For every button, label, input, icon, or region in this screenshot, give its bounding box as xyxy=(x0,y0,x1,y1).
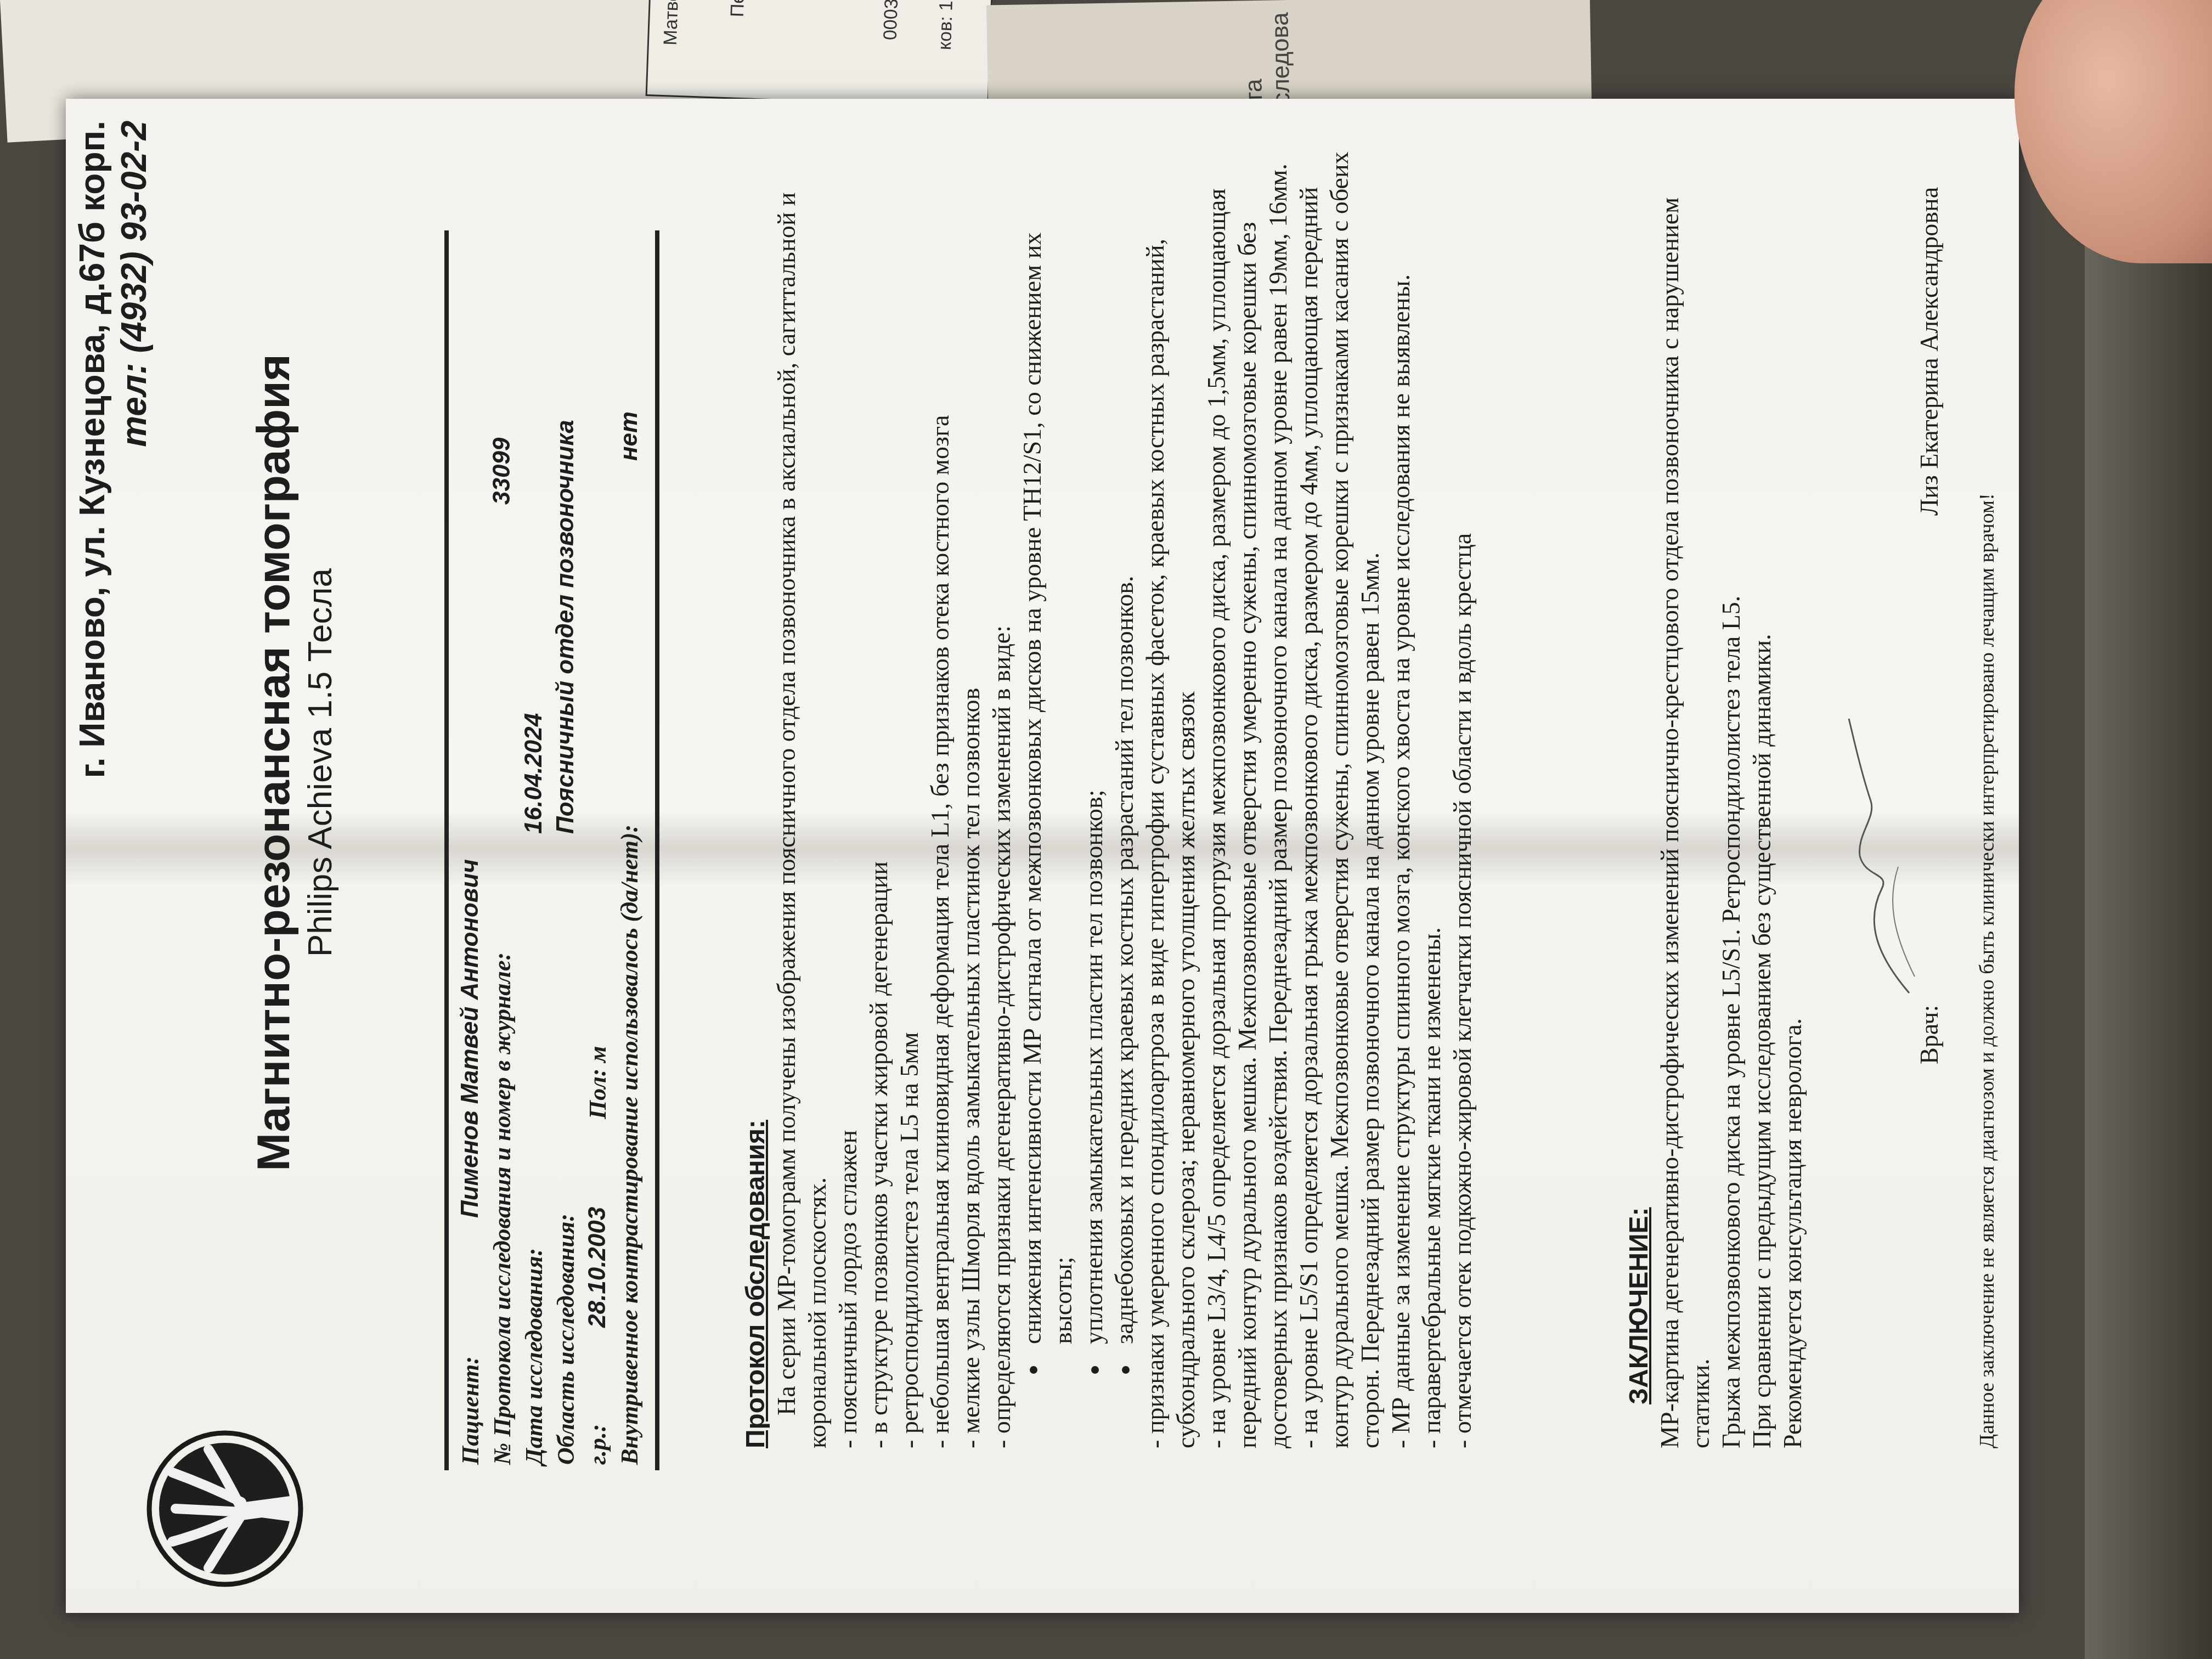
protocol-heading: Протокол обследования: xyxy=(741,143,771,1448)
disclaimer: Данное заключение не является диагнозом … xyxy=(1975,493,1999,1448)
doctor-label: Врач: xyxy=(1915,1005,1944,1064)
sub-bullet-item: снижения интенсивности МР сигнала от меж… xyxy=(1017,143,1079,1355)
protocol-number-row: № Протокола исследования и номер в журна… xyxy=(488,230,520,1470)
conclusion-line: При сравнении с предыдущим исследованием… xyxy=(1747,143,1778,1448)
birth-date-label: г.р.: xyxy=(584,1424,612,1465)
patient-label: Пациент: xyxy=(456,1356,484,1465)
sub-bullet-item: уплотнения замыкательных пластин тел поз… xyxy=(1079,143,1109,1355)
clinic-tree-logo-icon xyxy=(143,1426,307,1591)
finding-item: - мелкие узлы Шморля вдоль замыкательных… xyxy=(956,143,986,1448)
conclusion-line: Грыжа межпозвонкового диска на уровне L5… xyxy=(1716,143,1747,1448)
hand-thumb xyxy=(2015,0,2212,263)
doctor-name: Лиз Екатерина Александровна xyxy=(1915,187,1944,516)
scanner-model: Philips Achieva 1.5 Тесла xyxy=(300,208,341,1317)
finding-item: - поясничный лордоз сглажен xyxy=(833,143,864,1448)
contrast-label: Внутривенное контрастирование использова… xyxy=(616,825,644,1465)
conclusion-section: ЗАКЛЮЧЕНИЕ: МР-картина дегенеративно-дис… xyxy=(1624,143,1808,1448)
exam-date: 16.04.2024 xyxy=(520,713,548,834)
form-fragment-text: 0003 xyxy=(879,0,902,41)
exam-date-label: Дата исследования: xyxy=(520,1248,548,1465)
finding-item: - определяются признаки дегенеративно-ди… xyxy=(986,143,1017,1448)
form-fragment-text: Матве xyxy=(660,0,683,46)
finding-item: - на уровне L3/4, L4/5 определяется дорз… xyxy=(1201,143,1294,1448)
clinic-address: г. Иваново, ул. Кузнецова, д.67б корп. xyxy=(71,121,113,1448)
protocol-intro: На серии МР-томограмм получены изображен… xyxy=(771,143,833,1448)
clinic-phone: тел: (4932) 93-02-2 xyxy=(113,121,155,1448)
degenerative-signs-list: снижения интенсивности МР сигнала от меж… xyxy=(1017,143,1140,1448)
conclusion-line: МР-картина дегенеративно-дистрофических … xyxy=(1655,143,1716,1448)
protocol-section: Протокол обследования: На серии МР-томог… xyxy=(741,143,1478,1448)
finding-item: - в структуре позвонков участки жировой … xyxy=(864,143,894,1448)
conclusion-line: Рекомендуется консультация невролога. xyxy=(1778,143,1808,1448)
exam-region-row: Область исследования: Поясничный отдел п… xyxy=(552,230,584,1470)
finding-item: - небольшая вентральная клиновидная дефо… xyxy=(925,143,956,1448)
exam-region: Поясничный отдел позвоночника xyxy=(552,420,579,834)
exam-region-label: Область исследования: xyxy=(552,1214,580,1465)
clinic-address-block: г. Иваново, ул. Кузнецова, д.67б корп. т… xyxy=(71,121,155,1448)
mri-report-page: г. Иваново, ул. Кузнецова, д.67б корп. т… xyxy=(66,99,2019,1613)
birth-date: 28.10.2003 xyxy=(584,1207,611,1328)
finding-item: - МР данные за изменение структуры спинн… xyxy=(1386,143,1417,1448)
patient-row: Пациент: Пименов Матвей Антонович xyxy=(456,230,488,1470)
doctor-signature-icon xyxy=(1843,713,1931,998)
report-title-block: Магнитно-резонансная томография Philips … xyxy=(247,208,341,1317)
birth-date-row: г.р.: 28.10.2003 Пол: м xyxy=(584,230,616,1470)
sub-bullet-item: заднебоковых и передних краевых костных … xyxy=(1109,143,1140,1355)
protocol-number: 33099 xyxy=(488,438,516,505)
background-form: Матве Пе 0003 ков: 1 xyxy=(646,0,993,108)
form-fragment-text: Пе xyxy=(727,0,749,18)
finding-item: - признаки умеренного спондилоартроза в … xyxy=(1140,143,1201,1448)
protocol-number-label: № Протокола исследования и номер в журна… xyxy=(488,952,516,1465)
patient-info-block: Пациент: Пименов Матвей Антонович № Прот… xyxy=(444,230,659,1470)
patient-name: Пименов Матвей Антонович xyxy=(456,859,484,1218)
table-surface xyxy=(2085,165,2212,1659)
finding-item: - ретроспондилолистез тела L5 на 5мм xyxy=(894,143,925,1448)
finding-item: - на уровне L5/S1 определяется дорзальна… xyxy=(1294,143,1386,1448)
report-title: Магнитно-резонансная томография xyxy=(247,208,300,1317)
conclusion-heading: ЗАКЛЮЧЕНИЕ: xyxy=(1624,143,1655,1404)
contrast-value: нет xyxy=(616,411,643,461)
sex-field: Пол: м xyxy=(584,1046,612,1119)
finding-item: - отмечается отек подкожно-жировой клетч… xyxy=(1447,143,1478,1448)
form-fragment-text: ков: 1 xyxy=(934,0,957,50)
exam-date-row: Дата исследования: 16.04.2024 xyxy=(520,230,552,1470)
contrast-row: Внутривенное контрастирование использова… xyxy=(616,230,647,1470)
finding-item: - паравертебральные мягкие ткани не изме… xyxy=(1417,143,1447,1448)
